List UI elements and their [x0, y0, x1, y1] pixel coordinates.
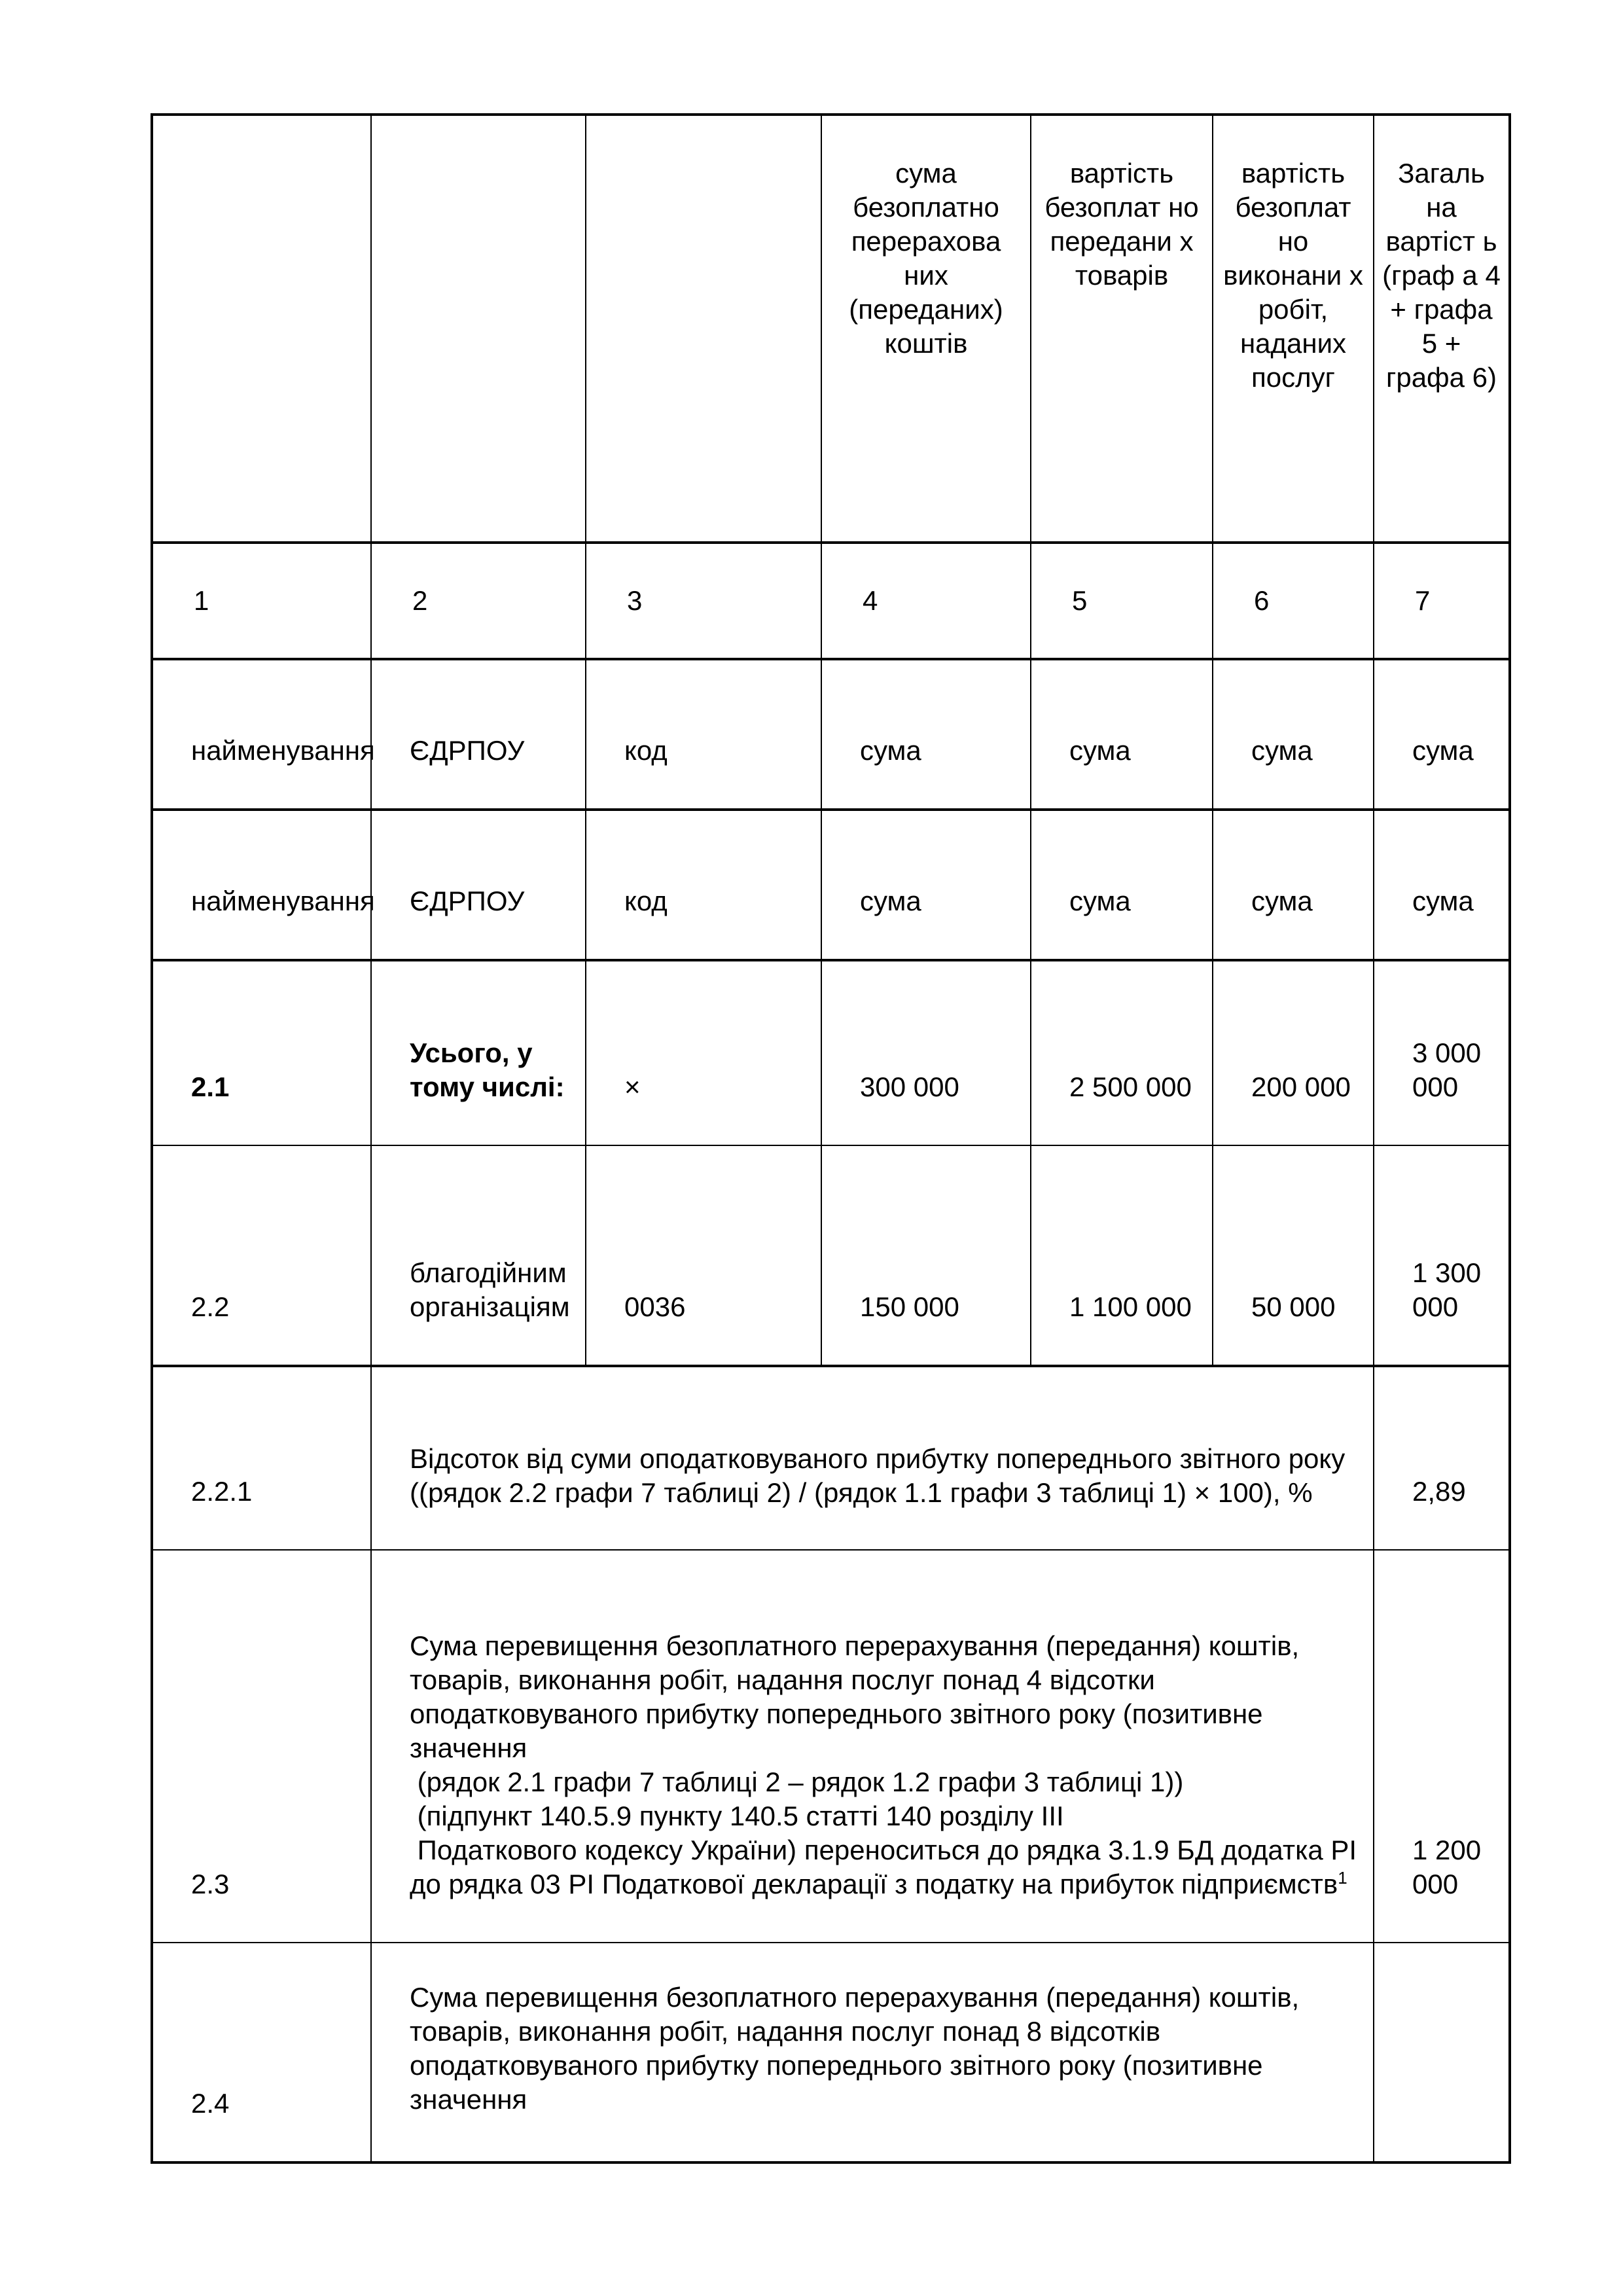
recipient-code: код — [586, 810, 821, 960]
goods-amount: 1 100 000 — [1031, 1145, 1213, 1366]
recipient-name: найменування — [152, 659, 371, 810]
row-code: 2.1 — [152, 960, 371, 1145]
header-cell-6: вартість безоплат но виконани х робіт, н… — [1213, 115, 1374, 543]
recipient-edrpou: ЄДРПОУ — [371, 659, 586, 810]
row-code: 2.2 — [152, 1145, 371, 1366]
goods-amount: 2 500 000 — [1031, 960, 1213, 1145]
funds-amount: 300 000 — [821, 960, 1031, 1145]
services-amount: сума — [1213, 810, 1374, 960]
header-cell-2 — [371, 115, 586, 543]
column-number: 5 — [1031, 543, 1213, 659]
header-cell-1 — [152, 115, 371, 543]
funds-amount: 150 000 — [821, 1145, 1031, 1366]
row-code: 2.2.1 — [152, 1366, 371, 1550]
percent-row: 2.2.1 Відсоток від суми оподатковуваного… — [152, 1366, 1510, 1550]
column-number: 7 — [1374, 543, 1510, 659]
total-amount: 1 300 000 — [1374, 1145, 1510, 1366]
table-row: найменування ЄДРПОУ код сума сума сума с… — [152, 659, 1510, 810]
column-number: 1 — [152, 543, 371, 659]
charity-code: 0036 — [586, 1145, 821, 1366]
goods-amount: сума — [1031, 659, 1213, 810]
excess-8-value — [1374, 1943, 1510, 2162]
percent-value: 2,89 — [1374, 1366, 1510, 1550]
column-number: 4 — [821, 543, 1031, 659]
excess-4-description: Сума перевищення безоплатного перерахува… — [371, 1550, 1374, 1943]
excess-4-text-line: Сума перевищення безоплатного перерахува… — [410, 1630, 1299, 1763]
header-cell-3 — [586, 115, 821, 543]
services-amount: 50 000 — [1213, 1145, 1374, 1366]
total-label: Усього, у тому числі: — [371, 960, 586, 1145]
table-row: найменування ЄДРПОУ код сума сума сума с… — [152, 810, 1510, 960]
column-number: 3 — [586, 543, 821, 659]
excess-4-value: 1 200 000 — [1374, 1550, 1510, 1943]
excess-4-text-line: (рядок 2.1 графи 7 таблиці 2 – рядок 1.2… — [410, 1767, 1183, 1797]
goods-amount: сума — [1031, 810, 1213, 960]
column-number: 6 — [1213, 543, 1374, 659]
excess-4-percent-row: 2.3 Сума перевищення безоплатного перера… — [152, 1550, 1510, 1943]
excess-4-text-line: (підпункт 140.5.9 пункту 140.5 статті 14… — [410, 1801, 1064, 1831]
percent-description: Відсоток від суми оподатковуваного прибу… — [371, 1366, 1374, 1550]
funds-amount: сума — [821, 659, 1031, 810]
donations-table: сума безоплатно перерахова них (передани… — [151, 113, 1511, 2164]
header-cell-7: Загаль на вартіст ь (граф а 4 + графа 5 … — [1374, 115, 1510, 543]
column-numbers-row: 1 2 3 4 5 6 7 — [152, 543, 1510, 659]
header-total-cost: Загаль на вартіст ь (граф а 4 + графа 5 … — [1380, 156, 1503, 395]
header-row: сума безоплатно перерахова них (передани… — [152, 115, 1510, 543]
recipient-edrpou: ЄДРПОУ — [371, 810, 586, 960]
header-cell-4: сума безоплатно перерахова них (передани… — [821, 115, 1031, 543]
header-cell-5: вартість безоплат но передани х товарів — [1031, 115, 1213, 543]
column-number: 2 — [371, 543, 586, 659]
excess-8-description: Сума перевищення безоплатного перерахува… — [371, 1943, 1374, 2162]
recipient-name: найменування — [152, 810, 371, 960]
excess-8-percent-row: 2.4 Сума перевищення безоплатного перера… — [152, 1943, 1510, 2162]
row-code: 2.4 — [152, 1943, 371, 2162]
total-row: 2.1 Усього, у тому числі: × 300 000 2 50… — [152, 960, 1510, 1145]
charity-label: благодійним організаціям — [371, 1145, 586, 1366]
header-free-services: вартість безоплат но виконани х робіт, н… — [1219, 156, 1368, 395]
total-amount: 3 000 000 — [1374, 960, 1510, 1145]
header-free-funds: сума безоплатно перерахова них (передани… — [827, 156, 1025, 361]
recipient-code: код — [586, 659, 821, 810]
services-amount: сума — [1213, 659, 1374, 810]
row-code: 2.3 — [152, 1550, 371, 1943]
header-free-goods: вартість безоплат но передани х товарів — [1037, 156, 1207, 293]
funds-amount: сума — [821, 810, 1031, 960]
total-amount: сума — [1374, 659, 1510, 810]
services-amount: 200 000 — [1213, 960, 1374, 1145]
total-code: × — [586, 960, 821, 1145]
charity-row: 2.2 благодійним організаціям 0036 150 00… — [152, 1145, 1510, 1366]
excess-4-text-line: Податкового кодексу України) переноситьс… — [410, 1835, 1364, 1899]
footnote-mark: 1 — [1338, 1868, 1347, 1888]
total-amount: сума — [1374, 810, 1510, 960]
